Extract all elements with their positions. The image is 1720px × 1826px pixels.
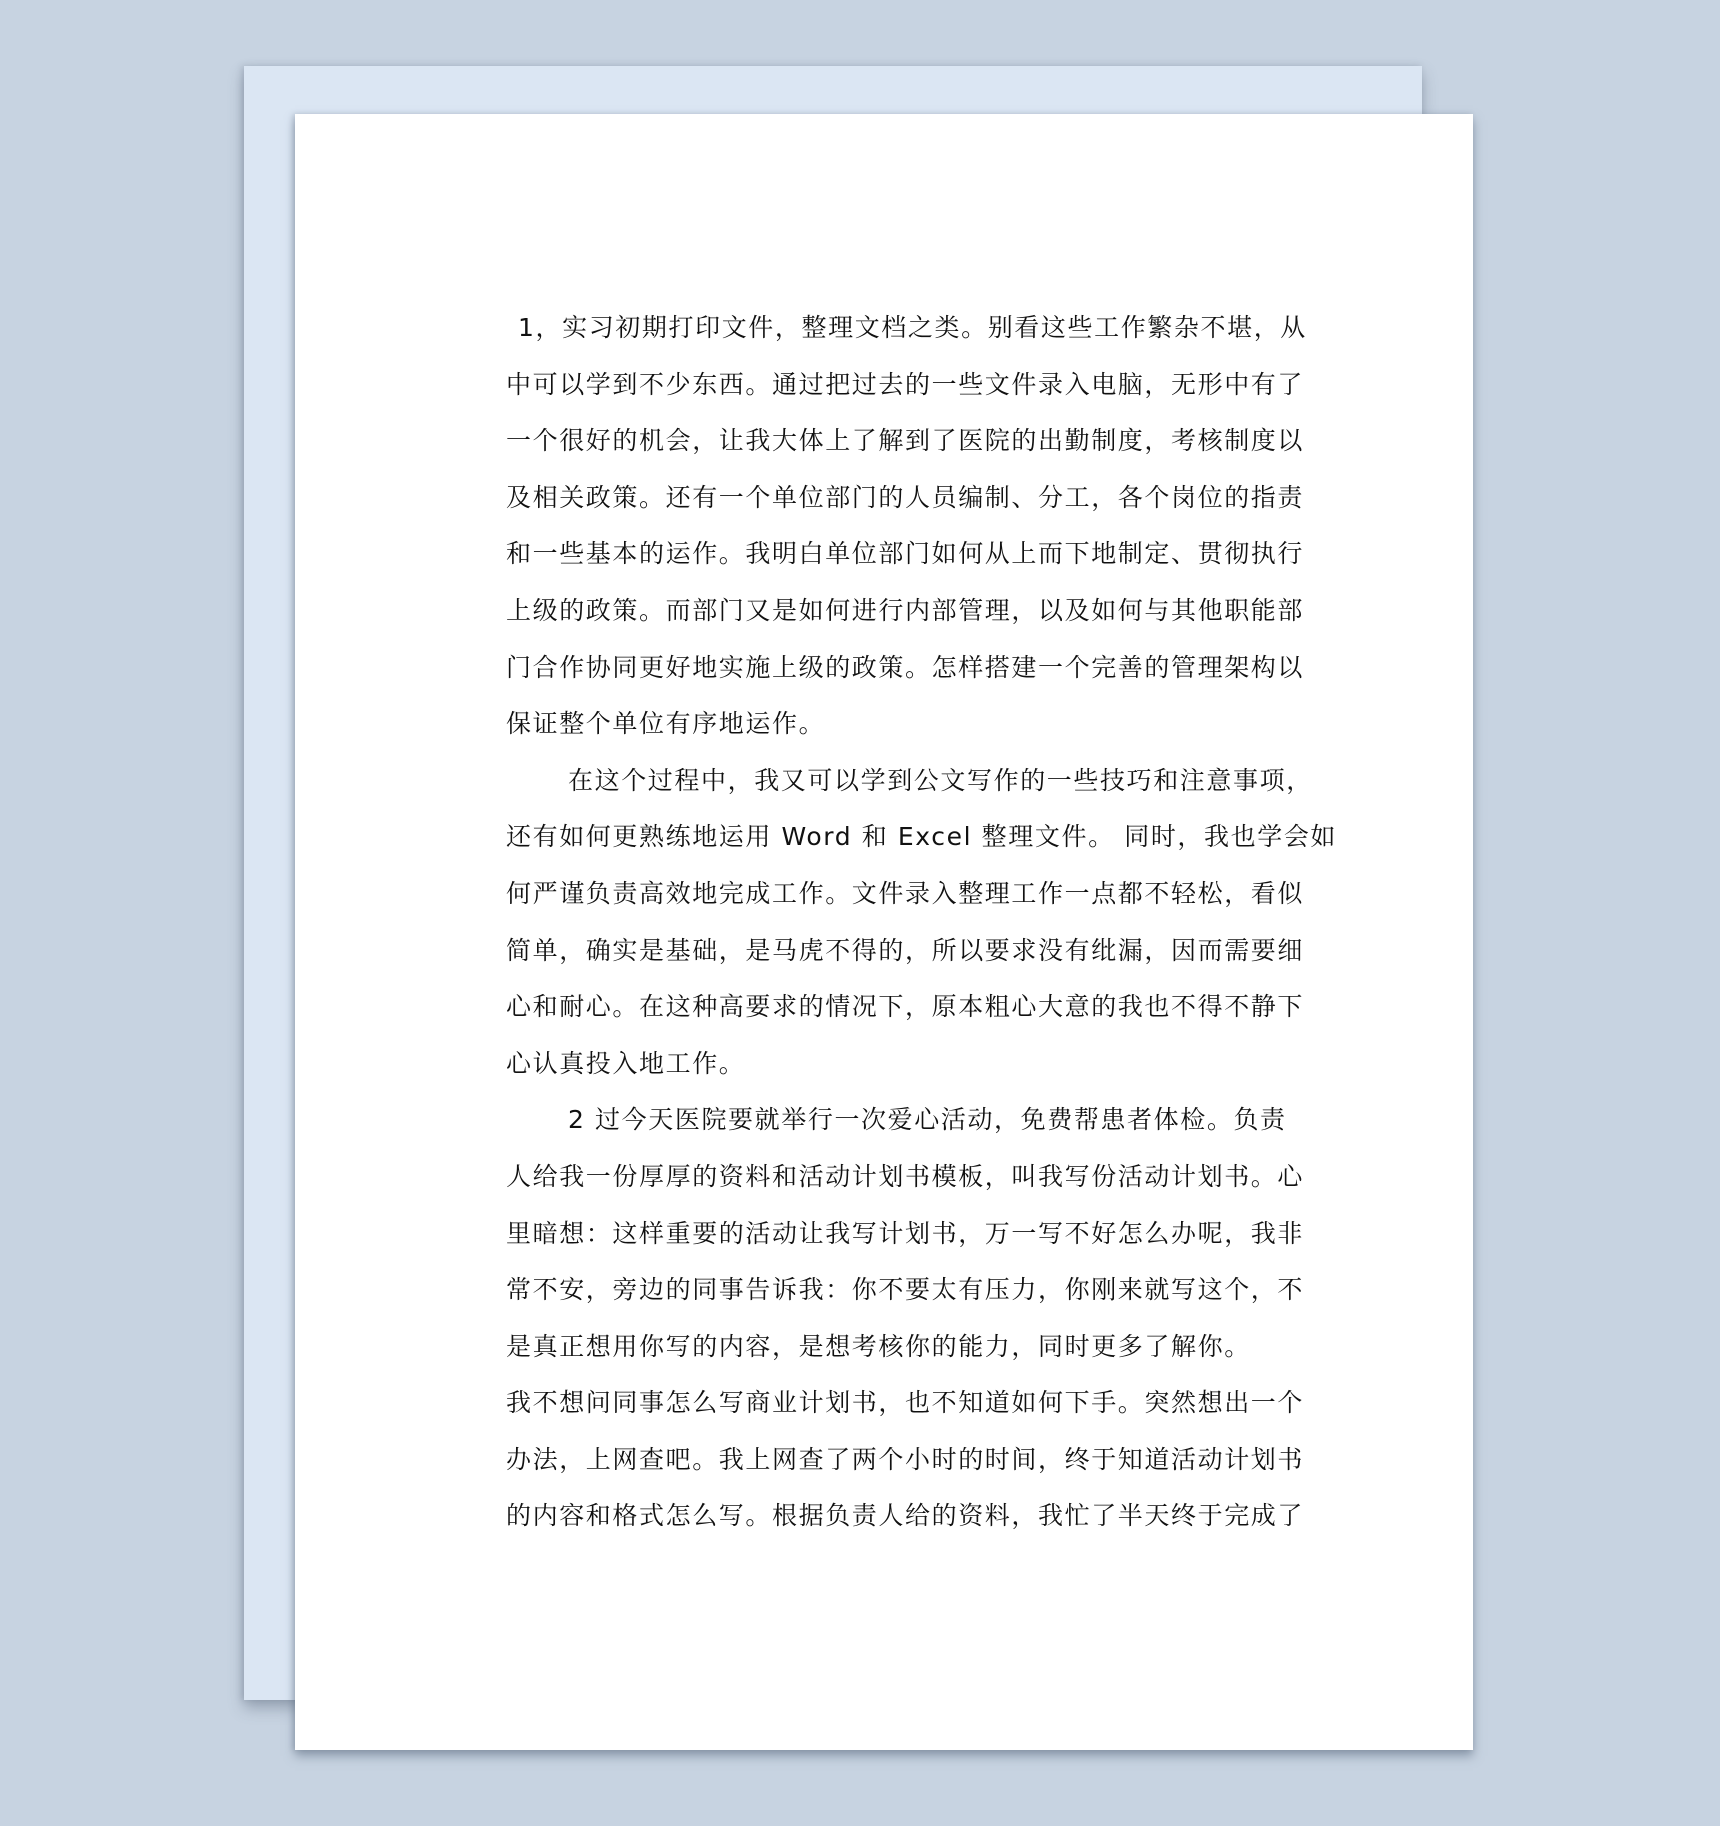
text-line: 及相关政策。还有一个单位部门的人员编制、分工，各个岗位的指责 bbox=[506, 480, 1266, 537]
text-line: 的内容和格式怎么写。根据负责人给的资料，我忙了半天终于完成了 bbox=[506, 1498, 1266, 1555]
text-line: 一个很好的机会，让我大体上了解到了医院的出勤制度，考核制度以 bbox=[506, 423, 1266, 480]
text-line: 心认真投入地工作。 bbox=[506, 1046, 1266, 1103]
paragraph-2: 在这个过程中，我又可以学到公文写作的一些技巧和注意事项， 还有如何更熟练地运用 … bbox=[506, 763, 1266, 1103]
text-line: 中可以学到不少东西。通过把过去的一些文件录入电脑，无形中有了 bbox=[506, 367, 1266, 424]
text-line: 常不安，旁边的同事告诉我：你不要太有压力，你刚来就写这个，不 bbox=[506, 1272, 1266, 1329]
document-page: 1，实习初期打印文件，整理文档之类。别看这些工作繁杂不堪，从 中可以学到不少东西… bbox=[295, 114, 1473, 1750]
text-line: 简单，确实是基础，是马虎不得的，所以要求没有纰漏，因而需要细 bbox=[506, 933, 1266, 990]
text-line: 人给我一份厚厚的资料和活动计划书模板，叫我写份活动计划书。心 bbox=[506, 1159, 1266, 1216]
text-line: 是真正想用你写的内容，是想考核你的能力，同时更多了解你。 bbox=[506, 1329, 1266, 1386]
text-line: 2 过今天医院要就举行一次爱心活动，免费帮患者体检。负责 bbox=[506, 1102, 1266, 1159]
text-line: 还有如何更熟练地运用 Word 和 Excel 整理文件。 同时，我也学会如 bbox=[506, 819, 1266, 876]
text-line: 我不想问同事怎么写商业计划书，也不知道如何下手。突然想出一个 bbox=[506, 1385, 1266, 1442]
paragraph-3: 2 过今天医院要就举行一次爱心活动，免费帮患者体检。负责 人给我一份厚厚的资料和… bbox=[506, 1102, 1266, 1385]
text-line: 何严谨负责高效地完成工作。文件录入整理工作一点都不轻松，看似 bbox=[506, 876, 1266, 933]
document-body: 1，实习初期打印文件，整理文档之类。别看这些工作繁杂不堪，从 中可以学到不少东西… bbox=[506, 310, 1266, 1555]
text-line: 心和耐心。在这种高要求的情况下，原本粗心大意的我也不得不静下 bbox=[506, 989, 1266, 1046]
text-line: 1，实习初期打印文件，整理文档之类。别看这些工作繁杂不堪，从 bbox=[506, 310, 1266, 367]
paragraph-1: 1，实习初期打印文件，整理文档之类。别看这些工作繁杂不堪，从 中可以学到不少东西… bbox=[506, 310, 1266, 763]
text-line: 保证整个单位有序地运作。 bbox=[506, 706, 1266, 763]
paragraph-4: 我不想问同事怎么写商业计划书，也不知道如何下手。突然想出一个 办法，上网查吧。我… bbox=[506, 1385, 1266, 1555]
text-line: 在这个过程中，我又可以学到公文写作的一些技巧和注意事项， bbox=[506, 763, 1266, 820]
text-line: 门合作协同更好地实施上级的政策。怎样搭建一个完善的管理架构以 bbox=[506, 650, 1266, 707]
text-line: 上级的政策。而部门又是如何进行内部管理，以及如何与其他职能部 bbox=[506, 593, 1266, 650]
text-line: 里暗想：这样重要的活动让我写计划书，万一写不好怎么办呢，我非 bbox=[506, 1216, 1266, 1273]
text-line: 办法，上网查吧。我上网查了两个小时的时间，终于知道活动计划书 bbox=[506, 1442, 1266, 1499]
text-line: 和一些基本的运作。我明白单位部门如何从上而下地制定、贯彻执行 bbox=[506, 536, 1266, 593]
